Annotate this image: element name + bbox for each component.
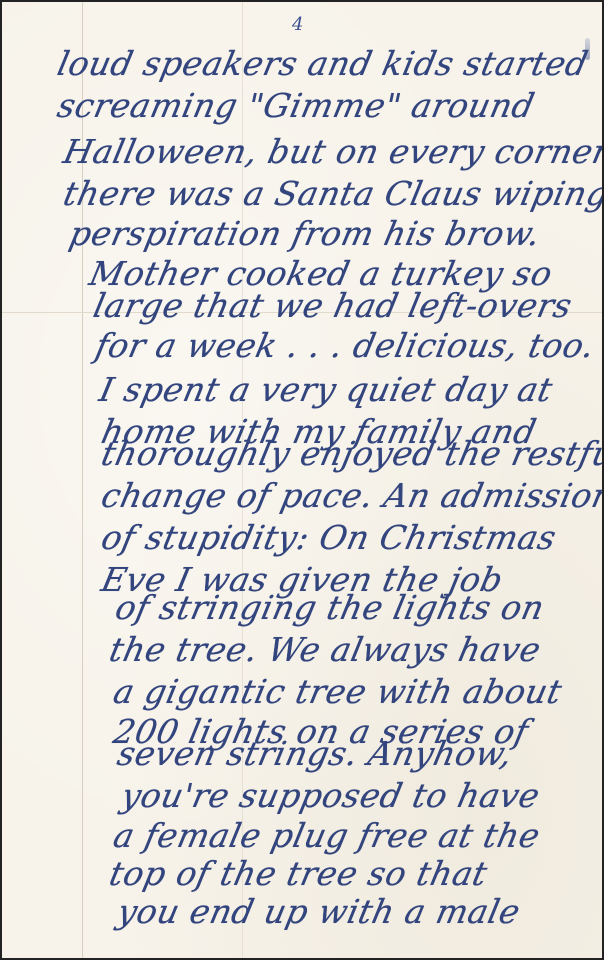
text-line: Halloween, but on every corner	[60, 132, 604, 171]
text-line: for a week . . . delicious, too.	[92, 326, 598, 365]
text-line: large that we had left-overs	[90, 286, 576, 325]
text-line: top of the tree so that	[106, 854, 491, 893]
text-line: change of pace. An admission	[98, 476, 604, 515]
text-line: seven strings. Anyhow,	[114, 734, 516, 773]
text-line: perspiration from his brow.	[66, 214, 544, 253]
text-line: a female plug free at the	[110, 816, 544, 855]
text-line: screaming "Gimme" around	[54, 86, 538, 125]
text-line: thoroughly enjoyed the restful	[98, 434, 604, 473]
text-line: I spent a very quiet day at	[96, 370, 556, 409]
text-line: a gigantic tree with about	[110, 672, 566, 711]
text-line: loud speakers and kids started	[54, 44, 592, 83]
text-line: you end up with a male	[114, 892, 524, 931]
text-line: there was a Santa Claus wiping	[60, 174, 604, 213]
page-number: 4	[292, 14, 303, 35]
text-line: you're supposed to have	[118, 776, 544, 815]
letter-page: 4 loud speakers and kids startedscreamin…	[0, 0, 604, 960]
text-line: of stupidity: On Christmas	[98, 518, 560, 557]
text-line: the tree. We always have	[106, 630, 544, 669]
text-line: of stringing the lights on	[112, 588, 548, 627]
